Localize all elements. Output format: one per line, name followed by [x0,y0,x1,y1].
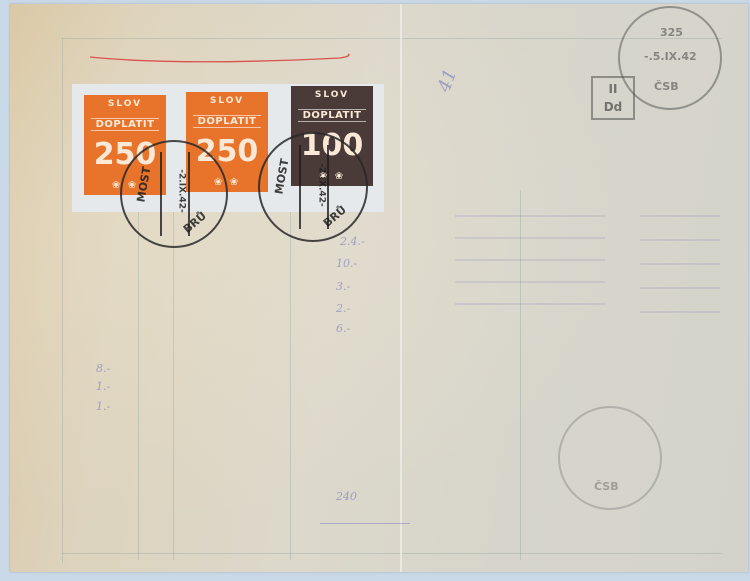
box-cancellation-mark: II Dd [591,76,635,120]
postmark-most-1: MOST BRŮ -2.IX.42- [120,140,228,248]
postmark-town: MOST [134,166,153,203]
pencil-note: 6.- [336,322,350,335]
pencil-note: 2.- [336,302,350,315]
stamp-top-text: SLOV [210,96,244,106]
postmark-number: 325 [660,26,683,39]
pencil-writing-block [455,205,605,325]
postmark-date: -2.IX.42- [317,163,327,206]
postmark-region: BRŮ [181,209,209,236]
postmark-town: MOST [272,158,291,195]
postmark-region: ČSB [654,80,679,93]
pencil-note: 1.- [96,400,110,413]
pencil-note: 8.- [96,362,110,375]
pencil-note: 3.- [336,280,350,293]
box-mark-line1: II [593,80,633,98]
stamp-top-text: SLOV [108,99,142,109]
form-rule [290,190,291,560]
form-rule [62,38,63,563]
stamp-label: DOPLATIT [298,109,366,122]
postmark-faint: ČSB [558,406,662,510]
postmark-region: BRŮ [321,203,349,230]
stamp-label: DOPLATIT [193,115,261,128]
pencil-underline [320,523,410,524]
pencil-note: 240 [336,490,357,503]
postmark-bar [160,152,162,235]
red-underline [90,52,360,72]
pencil-note: 2.4.- [340,235,365,248]
pencil-writing-block [640,195,720,335]
stamp-top-text: SLOV [315,90,349,100]
form-rule [62,553,722,554]
postmark-date: -.5.IX.42 [644,50,697,63]
postmark-region: ČSB [594,480,619,493]
form-rule [138,190,139,560]
stamp-label: DOPLATIT [91,118,159,131]
postmark-bar [299,145,301,230]
postmark-date: -2.IX.42- [177,169,187,212]
box-mark-line2: Dd [593,98,633,116]
pencil-note: 10.- [336,257,357,270]
paper-fold [400,4,402,572]
postmark-most-2: MOST BRŮ -2.IX.42- [258,132,368,242]
pencil-note: 1.- [96,380,110,393]
